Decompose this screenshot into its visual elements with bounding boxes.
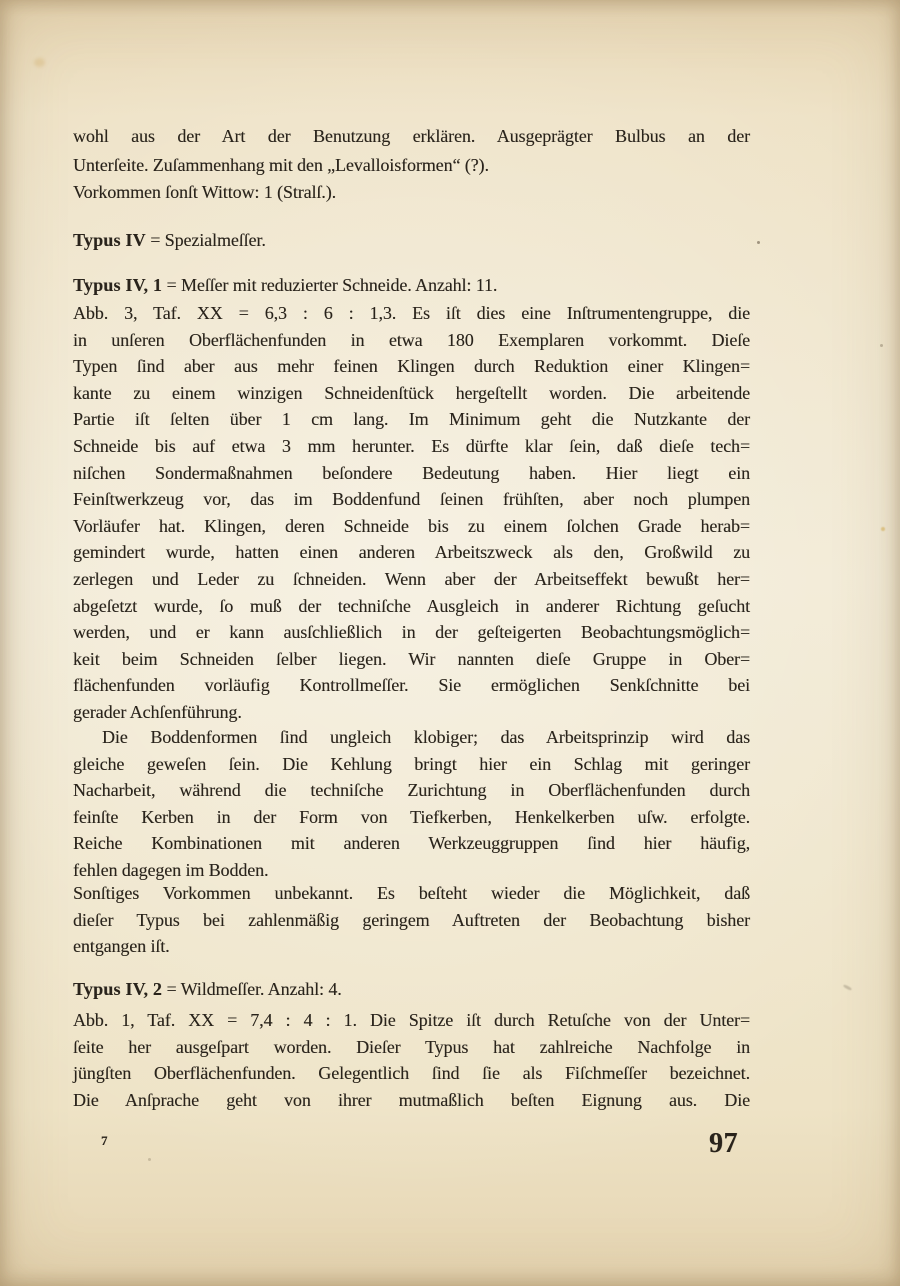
text-line: gleiche geweſen ſein. Die Kehlung bringt… [73, 751, 750, 778]
text-line: flächenfunden vorläufig Kontrollmeſſer. … [73, 672, 750, 699]
text-line: entgangen iſt. [73, 933, 750, 960]
text-line: Abb. 1, Taf. XX = 7,4 : 4 : 1. Die Spitz… [73, 1007, 750, 1034]
text-line: kante zu einem winzigen Schneidenſtück h… [73, 380, 750, 407]
text-line: niſchen Sondermaßnahmen beſondere Bedeut… [73, 460, 750, 487]
text-line: feinſte Kerben in der Form von Tiefkerbe… [73, 804, 750, 831]
typus-heading: Typus IV, 1 = Meſſer mit reduzierter Sch… [73, 272, 750, 299]
text-line: Typen ſind aber aus mehr feinen Klingen … [73, 353, 750, 380]
heading-rest: = Spezialmeſſer. [146, 230, 266, 250]
text-line: Unterſeite. Zuſammenhang mit den „Levall… [73, 151, 750, 180]
text-line: Sonſtiges Vorkommen unbekannt. Es beſteh… [73, 880, 750, 907]
text-line: Nacharbeit, während die techniſche Zuric… [73, 777, 750, 804]
text-line: Abb. 3, Taf. XX = 6,3 : 6 : 1,3. Es iſt … [73, 300, 750, 327]
paragraph: Die Boddenformen ſind ungleich klobiger;… [73, 724, 750, 884]
paragraph: Abb. 1, Taf. XX = 7,4 : 4 : 1. Die Spitz… [73, 1007, 750, 1113]
paragraph: Vorkommen ſonſt Wittow: 1 (Stralſ.). [73, 179, 750, 206]
text-line: ſeite her ausgeſpart worden. Dieſer Typu… [73, 1034, 750, 1061]
text-line: Partie iſt ſelten über 1 cm lang. Im Min… [73, 406, 750, 433]
text-line: Vorläufer hat. Klingen, deren Schneide b… [73, 513, 750, 540]
text-line: wohl aus der Art der Benutzung erklären.… [73, 122, 750, 151]
text-line: Schneide bis auf etwa 3 mm herunter. Es … [73, 433, 750, 460]
page-number: 97 [709, 1128, 738, 1160]
text-line: Die Boddenformen ſind ungleich klobiger;… [73, 724, 750, 751]
text-line: gerader Achſenführung. [73, 699, 750, 726]
signature-mark: 7 [101, 1133, 108, 1148]
text-line: Feinſtwerkzeug vor, das im Boddenfund ſe… [73, 486, 750, 513]
paragraph: Abb. 3, Taf. XX = 6,3 : 6 : 1,3. Es iſt … [73, 300, 750, 726]
heading-rest: = Meſſer mit reduzierter Schneide. Anzah… [162, 275, 497, 295]
heading-lead: Typus IV, 1 [73, 275, 162, 295]
paragraph: wohl aus der Art der Benutzung erklären.… [73, 122, 750, 179]
paragraph: Sonſtiges Vorkommen unbekannt. Es beſteh… [73, 880, 750, 960]
text-line: zerlegen und Leder zu ſchneiden. Wenn ab… [73, 566, 750, 593]
text-line: abgeſetzt wurde, ſo muß der techniſche A… [73, 593, 750, 620]
heading-lead: Typus IV, 2 [73, 979, 162, 999]
text-line: Vorkommen ſonſt Wittow: 1 (Stralſ.). [73, 179, 750, 206]
heading-lead: Typus IV [73, 230, 146, 250]
text-block: wohl aus der Art der Benutzung erklären.… [0, 0, 900, 1286]
text-line: werden, und er kann ausſchließlich in de… [73, 619, 750, 646]
typus-heading: Typus IV = Spezialmeſſer. [73, 227, 750, 254]
heading-rest: = Wildmeſſer. Anzahl: 4. [162, 979, 342, 999]
book-page-scan: wohl aus der Art der Benutzung erklären.… [0, 0, 900, 1286]
text-line: Reiche Kombinationen mit anderen Werkzeu… [73, 830, 750, 857]
text-line: dieſer Typus bei zahlenmäßig geringem Au… [73, 907, 750, 934]
text-line: jüngſten Oberflächenfunden. Gelegentlich… [73, 1060, 750, 1087]
text-line: Die Anſprache geht von ihrer mutmaßlich … [73, 1087, 750, 1114]
text-line: in unſeren Oberflächenfunden in etwa 180… [73, 327, 750, 354]
typus-heading: Typus IV, 2 = Wildmeſſer. Anzahl: 4. [73, 976, 750, 1003]
text-line: gemindert wurde, hatten einen anderen Ar… [73, 539, 750, 566]
text-line: keit beim Schneiden ſelber liegen. Wir n… [73, 646, 750, 673]
